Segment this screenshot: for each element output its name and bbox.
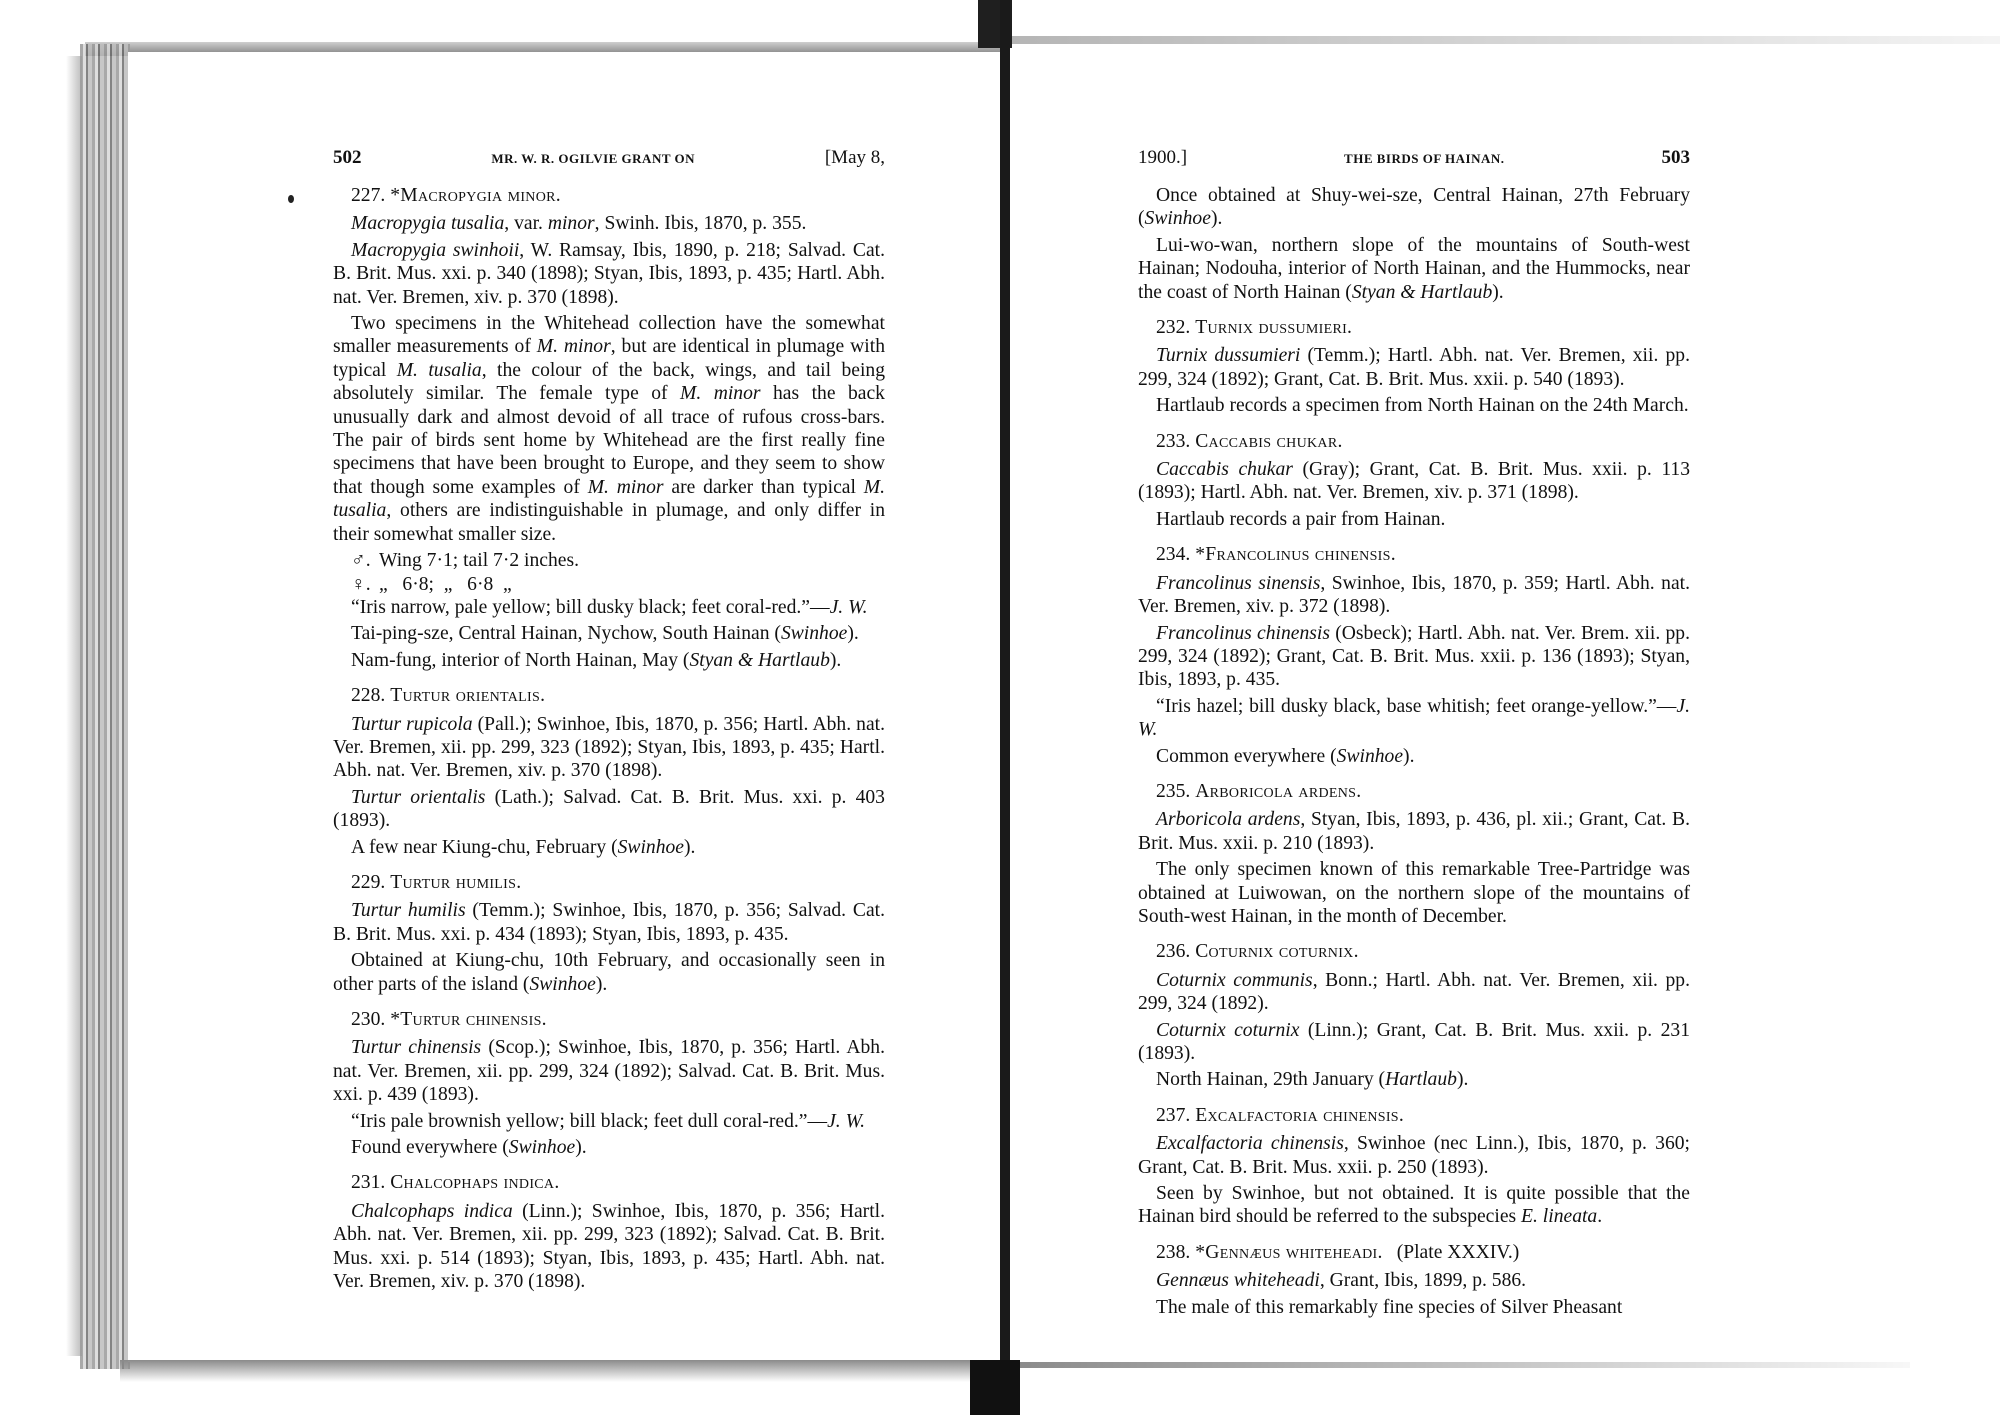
paragraph: Coturnix communis, Bonn.; Hartl. Abh. na… — [1138, 969, 1690, 1016]
species-name: Coturnix coturnix. — [1195, 941, 1359, 962]
species-number: 234. — [1156, 544, 1195, 565]
paragraph: Turnix dussumieri (Temm.); Hartl. Abh. n… — [1138, 344, 1690, 391]
right-page-bottom-edge — [1010, 1362, 1910, 1368]
species-heading: 237. Excalfactoria chinensis. — [1138, 1104, 1690, 1127]
species-heading: 232. Turnix dussumieri. — [1138, 316, 1690, 339]
paragraph: Seen by Swinhoe, but not obtained. It is… — [1138, 1182, 1690, 1229]
measurement-text: Wing 7·1; tail 7·2 inches. — [379, 549, 579, 572]
species-number: 233. — [1156, 431, 1195, 452]
paragraph: Macropygia tusalia, var. minor, Swinh. I… — [333, 212, 885, 235]
species-heading: 234. *Francolinus chinensis. — [1138, 543, 1690, 566]
species-entry: 229. Turtur humilis.Turtur humilis (Temm… — [333, 871, 885, 996]
species-number: 227. — [351, 185, 390, 206]
paragraph: Common everywhere (Swinhoe). — [1138, 745, 1690, 768]
right-page-top-edge — [1012, 36, 2000, 44]
measurement-row: ♂.Wing 7·1; tail 7·2 inches. — [333, 549, 885, 572]
paragraph: Caccabis chukar (Gray); Grant, Cat. B. B… — [1138, 458, 1690, 505]
running-date: [May 8, — [825, 146, 885, 169]
paragraph: Hartlaub records a pair from Hainan. — [1138, 508, 1690, 531]
right-page: 1900.] THE BIRDS OF HAINAN. 503 Once obt… — [1138, 146, 1690, 1322]
paragraph: Hartlaub records a specimen from North H… — [1138, 394, 1690, 417]
species-number: 228. — [351, 685, 390, 706]
paragraph: The male of this remarkably fine species… — [1138, 1296, 1690, 1319]
species-entry: 228. Turtur orientalis.Turtur rupicola (… — [333, 684, 885, 859]
species-entry: 227. *Macropygia minor.Macropygia tusali… — [333, 184, 885, 672]
page-number: 503 — [1662, 146, 1691, 169]
paragraph: “Iris narrow, pale yellow; bill dusky bl… — [333, 596, 885, 619]
book-spine-gutter — [1000, 0, 1010, 1415]
paragraph: Gennæus whiteheadi, Grant, Ibis, 1899, p… — [1138, 1269, 1690, 1292]
paragraph: Found everywhere (Swinhoe). — [333, 1136, 885, 1159]
paragraph: Coturnix coturnix (Linn.); Grant, Cat. B… — [1138, 1019, 1690, 1066]
species-name: Excalfactoria chinensis. — [1195, 1105, 1404, 1126]
species-number: 237. — [1156, 1105, 1195, 1126]
paragraph: Lui-wo-wan, northern slope of the mounta… — [1138, 234, 1690, 304]
running-title: MR. W. R. OGILVIE GRANT ON — [491, 147, 695, 170]
species-number: 229. — [351, 872, 390, 893]
paragraph: Francolinus sinensis, Swinhoe, Ibis, 187… — [1138, 572, 1690, 619]
paragraph: Turtur chinensis (Scop.); Swinhoe, Ibis,… — [333, 1036, 885, 1106]
species-entry: 232. Turnix dussumieri.Turnix dussumieri… — [1138, 316, 1690, 418]
species-heading: 230. *Turtur chinensis. — [333, 1008, 885, 1031]
species-heading: 236. Coturnix coturnix. — [1138, 940, 1690, 963]
species-heading: 233. Caccabis chukar. — [1138, 430, 1690, 453]
paragraph: Francolinus chinensis (Osbeck); Hartl. A… — [1138, 622, 1690, 692]
species-entry: 233. Caccabis chukar.Caccabis chukar (Gr… — [1138, 430, 1690, 532]
measurement-row: ♀.„ 6·8; „ 6·8 „ — [333, 573, 885, 596]
paragraph: North Hainan, 29th January (Hartlaub). — [1138, 1068, 1690, 1091]
species-number: 230. — [351, 1009, 390, 1030]
page-stack-edges — [80, 44, 130, 1369]
paragraph: Macropygia swinhoii, W. Ramsay, Ibis, 18… — [333, 239, 885, 309]
left-running-head: 502 MR. W. R. OGILVIE GRANT ON [May 8, — [333, 146, 885, 180]
paragraph: “Iris pale brownish yellow; bill black; … — [333, 1110, 885, 1133]
plate-reference: (Plate XXXIV.) — [1397, 1242, 1520, 1263]
species-entry: 236. Coturnix coturnix.Coturnix communis… — [1138, 940, 1690, 1091]
species-entry: 237. Excalfactoria chinensis.Excalfactor… — [1138, 1104, 1690, 1229]
sex-symbol: ♀. — [351, 573, 379, 596]
book-bottom-edge — [120, 1360, 1000, 1382]
species-name: Turtur humilis. — [390, 872, 521, 893]
species-number: 238. — [1156, 1242, 1195, 1263]
spine-bottom — [970, 1360, 1020, 1415]
species-heading: 229. Turtur humilis. — [333, 871, 885, 894]
paragraph: Turtur humilis (Temm.); Swinhoe, Ibis, 1… — [333, 899, 885, 946]
species-entry: 238. *Gennæus whiteheadi.(Plate XXXIV.)G… — [1138, 1241, 1690, 1319]
paragraph: Obtained at Kiung-chu, 10th February, an… — [333, 949, 885, 996]
page-number: 502 — [333, 146, 362, 169]
paragraph: Nam-fung, interior of North Hainan, May … — [333, 649, 885, 672]
running-date: 1900.] — [1138, 146, 1187, 169]
paragraph: Chalcophaps indica (Linn.); Swinhoe, Ibi… — [333, 1200, 885, 1294]
species-heading: 238. *Gennæus whiteheadi.(Plate XXXIV.) — [1138, 1241, 1690, 1264]
paragraph: A few near Kiung-chu, February (Swinhoe)… — [333, 836, 885, 859]
paragraph: “Iris hazel; bill dusky black, base whit… — [1138, 695, 1690, 742]
species-entry: 230. *Turtur chinensis.Turtur chinensis … — [333, 1008, 885, 1159]
species-entry: 234. *Francolinus chinensis.Francolinus … — [1138, 543, 1690, 768]
species-heading: 227. *Macropygia minor. — [333, 184, 885, 207]
paragraph: Two specimens in the Whitehead collectio… — [333, 312, 885, 546]
paragraph: Turtur rupicola (Pall.); Swinhoe, Ibis, … — [333, 713, 885, 783]
species-heading: 228. Turtur orientalis. — [333, 684, 885, 707]
right-entries: 232. Turnix dussumieri.Turnix dussumieri… — [1138, 316, 1690, 1319]
paragraph: Once obtained at Shuy-wei-sze, Central H… — [1138, 184, 1690, 231]
right-running-head: 1900.] THE BIRDS OF HAINAN. 503 — [1138, 146, 1690, 180]
right-lead-paragraphs: Once obtained at Shuy-wei-sze, Central H… — [1138, 184, 1690, 304]
species-number: 235. — [1156, 781, 1195, 802]
species-name: *Francolinus chinensis. — [1195, 544, 1396, 565]
sex-symbol: ♂. — [351, 549, 379, 572]
species-number: 231. — [351, 1172, 390, 1193]
species-name: Chalcophaps indica. — [390, 1172, 559, 1193]
measurement-text: „ 6·8; „ 6·8 „ — [379, 573, 512, 596]
paragraph: Excalfactoria chinensis, Swinhoe (nec Li… — [1138, 1132, 1690, 1179]
paragraph: Arboricola ardens, Styan, Ibis, 1893, p.… — [1138, 808, 1690, 855]
species-name: Turtur orientalis. — [390, 685, 545, 706]
left-entries: 227. *Macropygia minor.Macropygia tusali… — [333, 184, 885, 1293]
species-name: *Turtur chinensis. — [390, 1009, 547, 1030]
species-name: Arboricola ardens. — [1195, 781, 1361, 802]
species-name: Turnix dussumieri. — [1195, 317, 1352, 338]
paragraph: Turtur orientalis (Lath.); Salvad. Cat. … — [333, 786, 885, 833]
species-name: *Gennæus whiteheadi. — [1195, 1242, 1383, 1263]
margin-ink-mark — [288, 195, 294, 203]
species-number: 236. — [1156, 941, 1195, 962]
species-entry: 231. Chalcophaps indica.Chalcophaps indi… — [333, 1171, 885, 1293]
species-entry: 235. Arboricola ardens.Arboricola ardens… — [1138, 780, 1690, 928]
species-name: Caccabis chukar. — [1195, 431, 1342, 452]
species-name: *Macropygia minor. — [390, 185, 561, 206]
left-page: 502 MR. W. R. OGILVIE GRANT ON [May 8, 2… — [333, 146, 885, 1296]
species-heading: 235. Arboricola ardens. — [1138, 780, 1690, 803]
species-number: 232. — [1156, 317, 1195, 338]
paragraph: Tai-ping-sze, Central Hainan, Nychow, So… — [333, 622, 885, 645]
running-title: THE BIRDS OF HAINAN. — [1344, 147, 1504, 170]
species-heading: 231. Chalcophaps indica. — [333, 1171, 885, 1194]
paragraph: The only specimen known of this remarkab… — [1138, 858, 1690, 928]
